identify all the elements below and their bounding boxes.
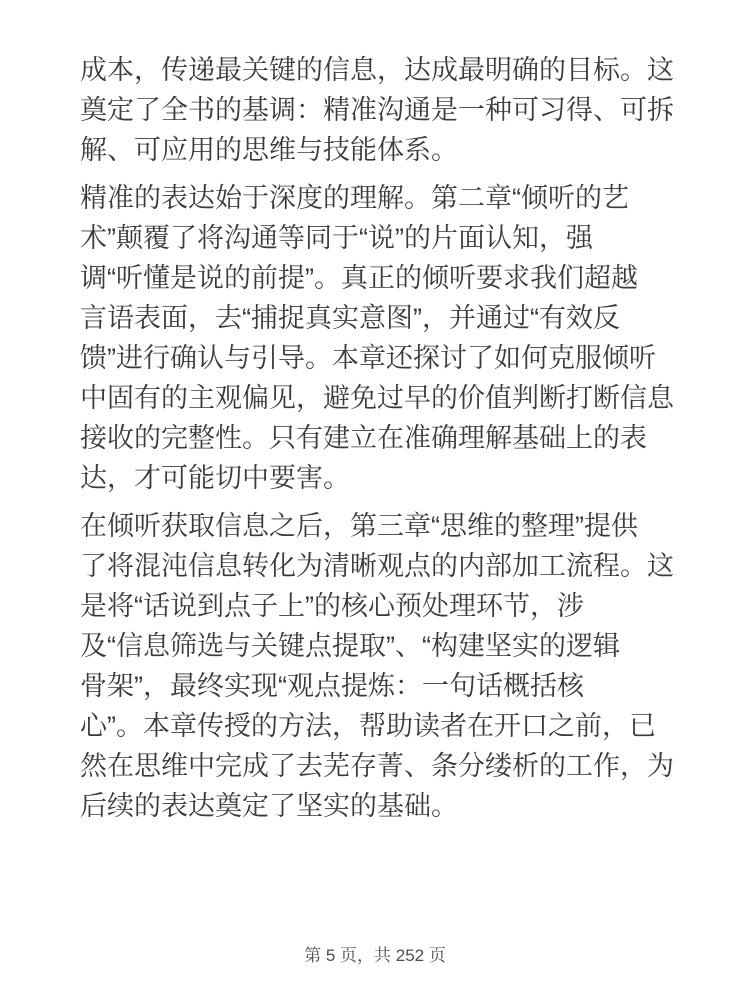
text-line: 中固有的主观偏见，避免过早的价值判断打断信息 xyxy=(80,378,710,418)
text-line: 调“听懂是说的前提”。真正的倾听要求我们超越 xyxy=(80,258,710,298)
page-number-indicator: 第 5 页，共 252 页 xyxy=(304,946,446,965)
text-line: 及“信息筛选与关键点提取”、“构建坚实的逻辑 xyxy=(80,626,710,666)
text-line: 成本，传递最关键的信息，达成最明确的目标。这 xyxy=(80,50,710,90)
text-line: 言语表面，去“捕捉真实意图”，并通过“有效反 xyxy=(80,298,710,338)
page-footer: 第 5 页，共 252 页 xyxy=(0,946,750,966)
text-line: 术”颠覆了将沟通等同于“说”的片面认知，强 xyxy=(80,218,710,258)
text-line: 然在思维中完成了去芜存菁、条分缕析的工作，为 xyxy=(80,746,710,786)
text-line: 骨架”，最终实现“观点提炼：一句话概括核 xyxy=(80,666,710,706)
text-line: 了将混沌信息转化为清晰观点的内部加工流程。这 xyxy=(80,546,710,586)
page-text: 成本，传递最关键的信息，达成最明确的目标。这 奠定了全书的基调：精准沟通是一种可… xyxy=(80,50,710,834)
text-line: 是将“话说到点子上”的核心预处理环节，涉 xyxy=(80,586,710,626)
text-line: 馈”进行确认与引导。本章还探讨了如何克服倾听 xyxy=(80,338,710,378)
document-page: 成本，传递最关键的信息，达成最明确的目标。这 奠定了全书的基调：精准沟通是一种可… xyxy=(0,0,750,1000)
text-line: 奠定了全书的基调：精准沟通是一种可习得、可拆 xyxy=(80,90,710,130)
text-line: 达，才可能切中要害。 xyxy=(80,458,710,498)
text-line: 解、可应用的思维与技能体系。 xyxy=(80,130,710,170)
paragraph-1: 成本，传递最关键的信息，达成最明确的目标。这 奠定了全书的基调：精准沟通是一种可… xyxy=(80,50,710,170)
text-line: 心”。本章传授的方法，帮助读者在开口之前，已 xyxy=(80,706,710,746)
paragraph-3: 在倾听获取信息之后，第三章“思维的整理”提供 了将混沌信息转化为清晰观点的内部加… xyxy=(80,506,710,826)
paragraph-2: 精准的表达始于深度的理解。第二章“倾听的艺 术”颠覆了将沟通等同于“说”的片面认… xyxy=(80,178,710,498)
text-line: 在倾听获取信息之后，第三章“思维的整理”提供 xyxy=(80,506,710,546)
text-line: 后续的表达奠定了坚实的基础。 xyxy=(80,786,710,826)
text-line: 精准的表达始于深度的理解。第二章“倾听的艺 xyxy=(80,178,710,218)
text-line: 接收的完整性。只有建立在准确理解基础上的表 xyxy=(80,418,710,458)
